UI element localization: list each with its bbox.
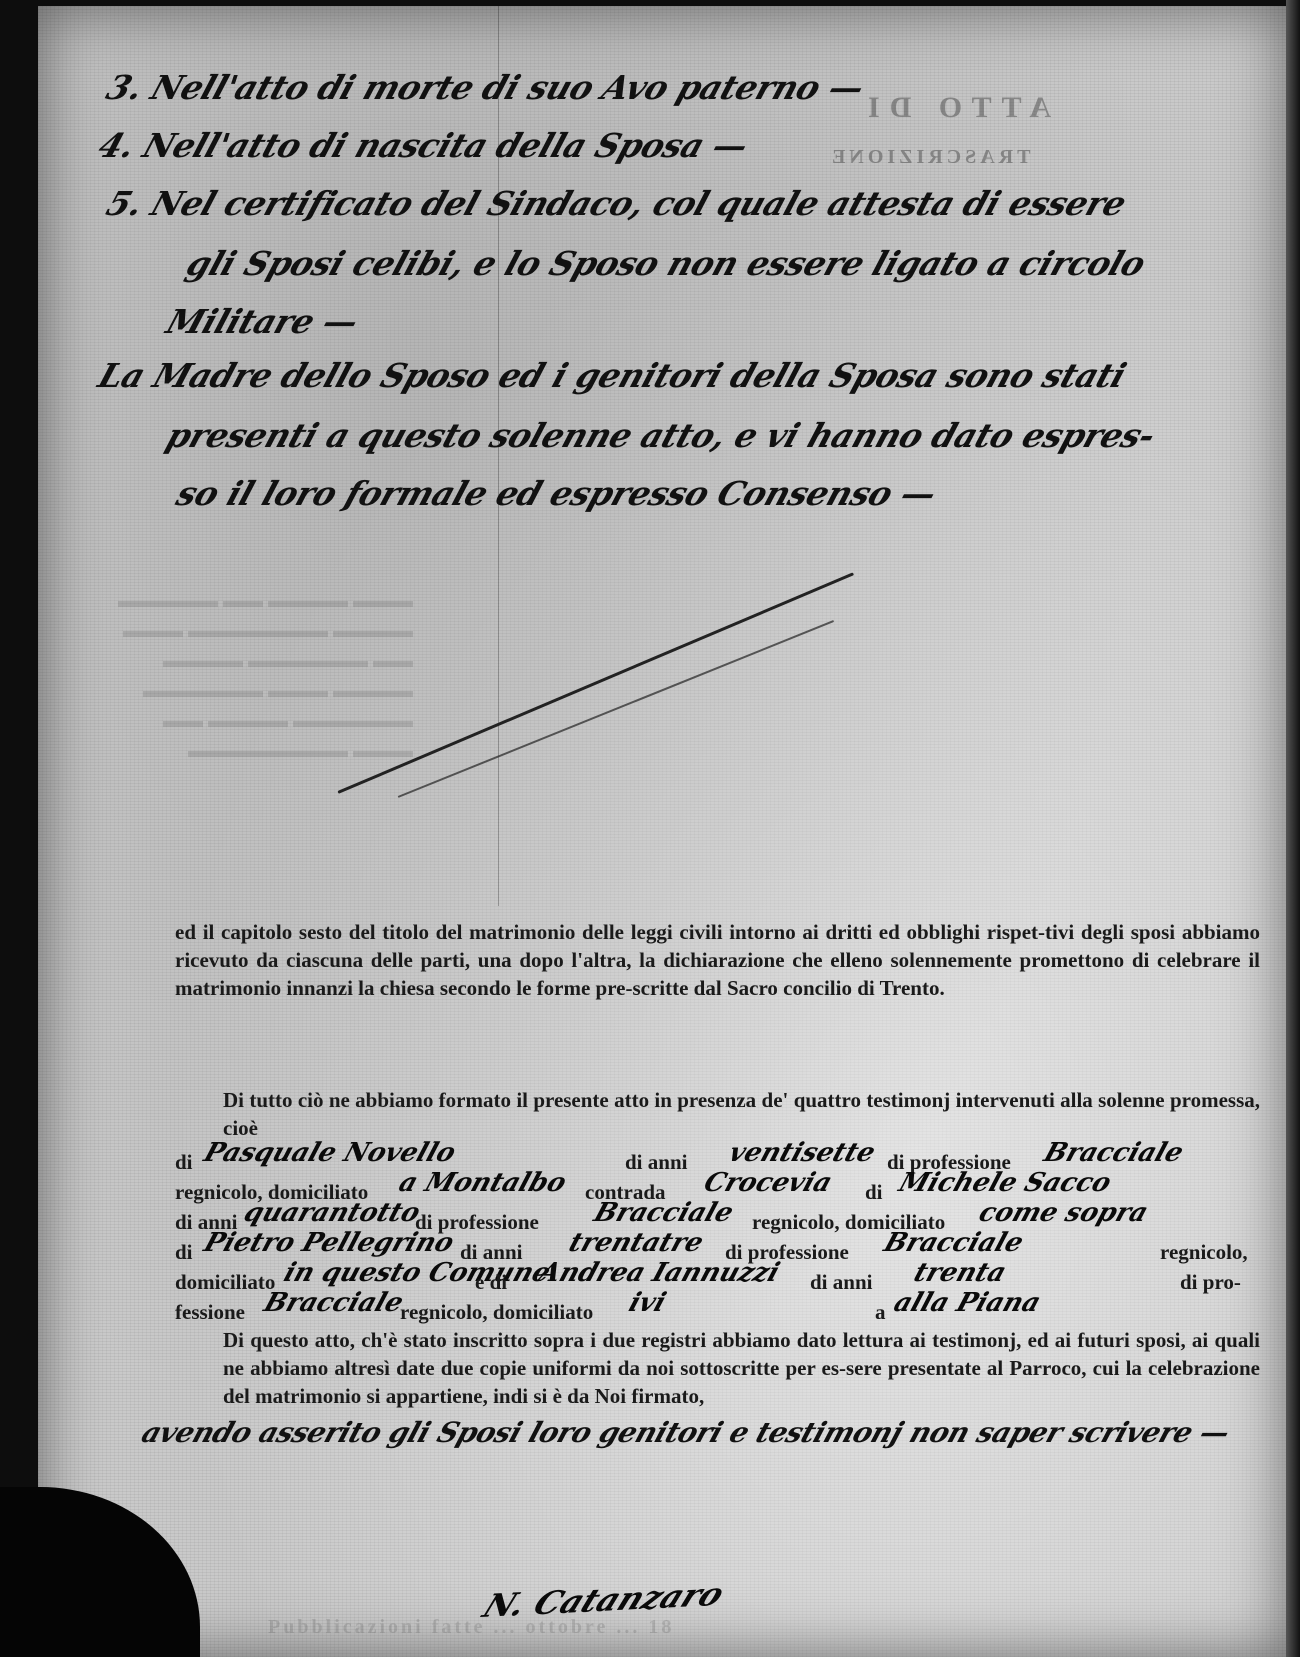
handwritten-note-4: 4. Nell'atto di nascita della Sposa — [94, 126, 753, 165]
printed-paragraph-witnesses-intro: Di tutto ciò ne abbiamo formato il prese… [175, 1086, 1260, 1142]
printed-paragraph-closing: Di questo atto, ch'è stato inscritto sop… [175, 1326, 1260, 1410]
witness-1-profession: Bracciale [1040, 1138, 1187, 1168]
witness-3-domicile: in questo Comune [280, 1258, 554, 1288]
handwritten-note-5: 5. Nel certificato del Sindaco, col qual… [102, 184, 1131, 223]
handwritten-note-3: 3. Nell'atto di morte di suo Avo paterno… [102, 68, 869, 107]
witness-4-profession: Bracciale [260, 1288, 407, 1318]
witness-4-name: Andrea Iannuzzi [535, 1258, 783, 1288]
witness-3-name: Pietro Pellegrino [200, 1228, 458, 1258]
printed-paragraph-law: ed il capitolo sesto del titolo del matr… [175, 918, 1260, 1002]
page-edge-shadow [1286, 0, 1300, 1657]
witness-4-street: alla Piana [890, 1288, 1044, 1318]
witness-4-domicile: ivi [625, 1288, 670, 1318]
witness-4-age: trenta [910, 1258, 1010, 1288]
witness-3-age: trentatre [565, 1228, 707, 1258]
bleed-header-subtitle: TRASCRIZIONE [828, 146, 1030, 169]
witness-2-profession: Bracciale [590, 1198, 737, 1228]
witness-2-domicile: come sopra [975, 1198, 1152, 1228]
witness-2-name: Michele Sacco [895, 1168, 1115, 1198]
witness-1-age: ventisette [725, 1138, 879, 1168]
bleed-through-text: ▬▬▬ ▬▬▬▬ ▬▬ ▬▬▬▬▬▬▬▬▬ ▬▬▬▬▬▬▬ ▬▬▬▬▬ ▬▬▬▬… [118, 586, 413, 766]
document-page: ATTO DI TRASCRIZIONE ▬▬▬ ▬▬▬▬ ▬▬ ▬▬▬▬▬▬▬… [38, 6, 1288, 1657]
bleed-header-title: ATTO DI [858, 91, 1051, 125]
witness-3-profession: Bracciale [880, 1228, 1027, 1258]
handwritten-consent-line-2: presenti a questo solenne atto, e vi han… [162, 416, 1160, 455]
handwritten-consent-line-3: so il loro formale ed espresso Consenso … [172, 474, 941, 513]
witness-1-domicile: a Montalbo [395, 1168, 570, 1198]
handwritten-note-5-cont: gli Sposi celibi, e lo Sposo non essere … [182, 244, 1150, 283]
witness-1-name: Pasquale Novello [200, 1138, 459, 1168]
bleed-through-footer: Pubblicazioni fatte ... ottobre ... 18 [268, 1616, 1168, 1639]
handwritten-consent-line-1: La Madre dello Sposo ed i genitori della… [94, 356, 1131, 395]
cancellation-stroke [337, 572, 854, 794]
handwritten-note-5-end: Militare — [162, 302, 363, 341]
cancellation-stroke-2 [398, 620, 835, 798]
witness-2-age: quarantotto [240, 1198, 424, 1228]
witness-1-street: Crocevia [700, 1168, 836, 1198]
handwritten-closing-note: avendo asserito gli Sposi loro genitori … [138, 1416, 1234, 1449]
